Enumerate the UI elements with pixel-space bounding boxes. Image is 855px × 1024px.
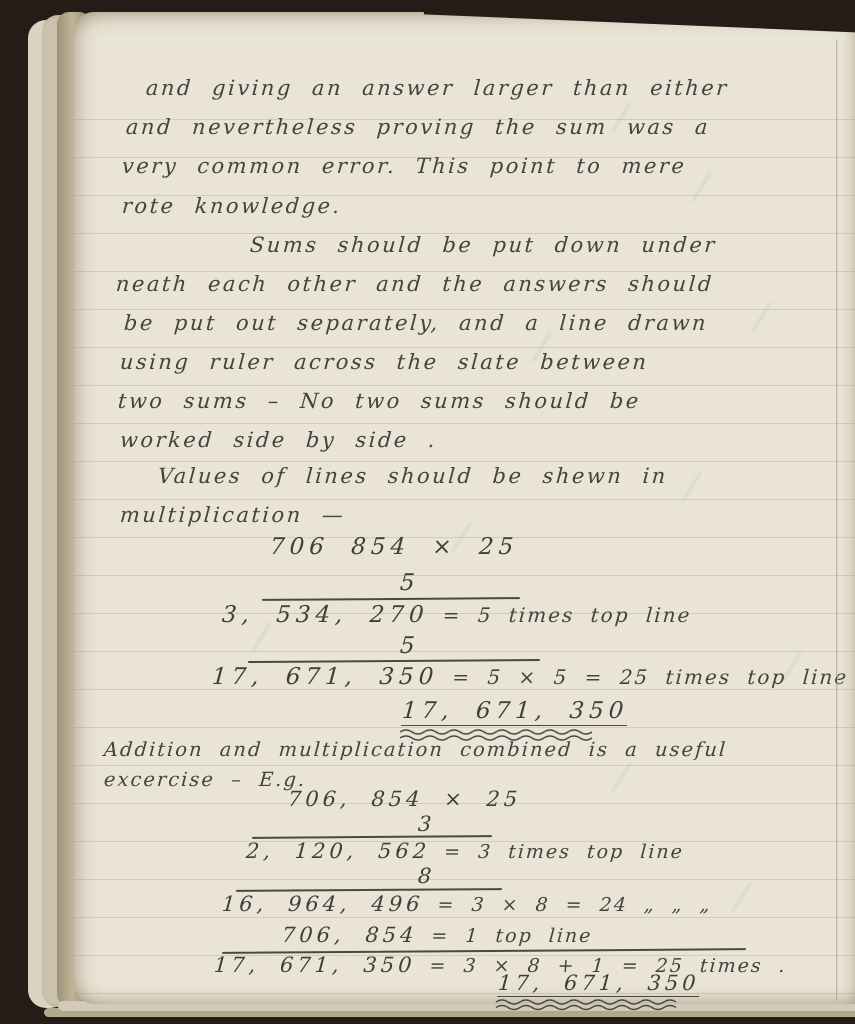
sum2-row-a: 2, 120, 562 = 3 times top line [245, 839, 685, 863]
sum1-product-a: 3, 534, 270 [221, 602, 430, 628]
sum1-note-a: = 5 times top line [442, 603, 692, 627]
sum2-multiplier-a: 3 [417, 812, 436, 836]
sum1-answer: 17, 671, 350 [401, 698, 629, 726]
sum1-multiplier-b: 5 [399, 633, 420, 659]
handwriting-line: excercise – E.g. [103, 768, 307, 791]
handwriting-line: neath each other and the answers should [115, 272, 715, 296]
sum1-note-b: = 5 × 5 = 25 times top line . [451, 665, 855, 689]
sum2-note-a: = 3 times top line [443, 841, 684, 863]
sum2-addend: 706, 854 [281, 923, 418, 947]
sum2-row-b: 16, 964, 496 = 3 × 8 = 24 „ „ „ [221, 892, 712, 916]
double-wavy-underline [398, 729, 606, 743]
sum2-answer: 17, 671, 350 [497, 971, 700, 997]
handwriting-line: be put out separately, and a line drawn [123, 311, 709, 335]
sum1-multiplier-a: 5 [399, 570, 420, 596]
sum2-total: 17, 671, 350 [213, 953, 416, 977]
page-edge-crease [836, 40, 838, 1000]
sum2-expression: 706, 854 × 25 [287, 787, 522, 811]
handwriting-line: using ruler across the slate between [119, 350, 649, 374]
handwriting-line: two sums – No two sums should be [117, 389, 642, 413]
sum2-note-b: = 3 × 8 = 24 „ „ „ [437, 894, 713, 916]
handwriting-line: multiplication — [119, 503, 346, 527]
handwriting-line: worked side by side . [119, 428, 438, 452]
sum1-product-b: 17, 671, 350 [211, 664, 439, 690]
sum2-addend-note: = 1 top line [431, 925, 594, 947]
handwriting-line: and nevertheless proving the sum was a [125, 115, 711, 139]
sum1-row-b: 17, 671, 350 = 5 × 5 = 25 times top line… [211, 664, 855, 690]
sum2-product-b: 16, 964, 496 [221, 892, 424, 916]
sum1-row-a: 3, 534, 270 = 5 times top line [221, 602, 692, 628]
sum2-multiplier-b: 8 [417, 864, 436, 888]
handwriting-line: Values of lines should be shewn in [157, 464, 668, 488]
double-wavy-underline [494, 999, 690, 1011]
handwriting-line: Sums should be put down under [249, 233, 718, 257]
handwriting-line: very common error. This point to mere [121, 154, 687, 178]
handwriting-line: rote knowledge. [121, 194, 342, 218]
sum1-expression: 706 854 × 25 [269, 534, 519, 560]
sum2-product-a: 2, 120, 562 [245, 839, 431, 863]
handwriting-line: and giving an answer larger than either [145, 76, 730, 100]
sum2-addend-row: 706, 854 = 1 top line [281, 923, 593, 947]
photo-of-notebook-page: { "photo": { "description": "Photograph … [0, 0, 855, 1024]
